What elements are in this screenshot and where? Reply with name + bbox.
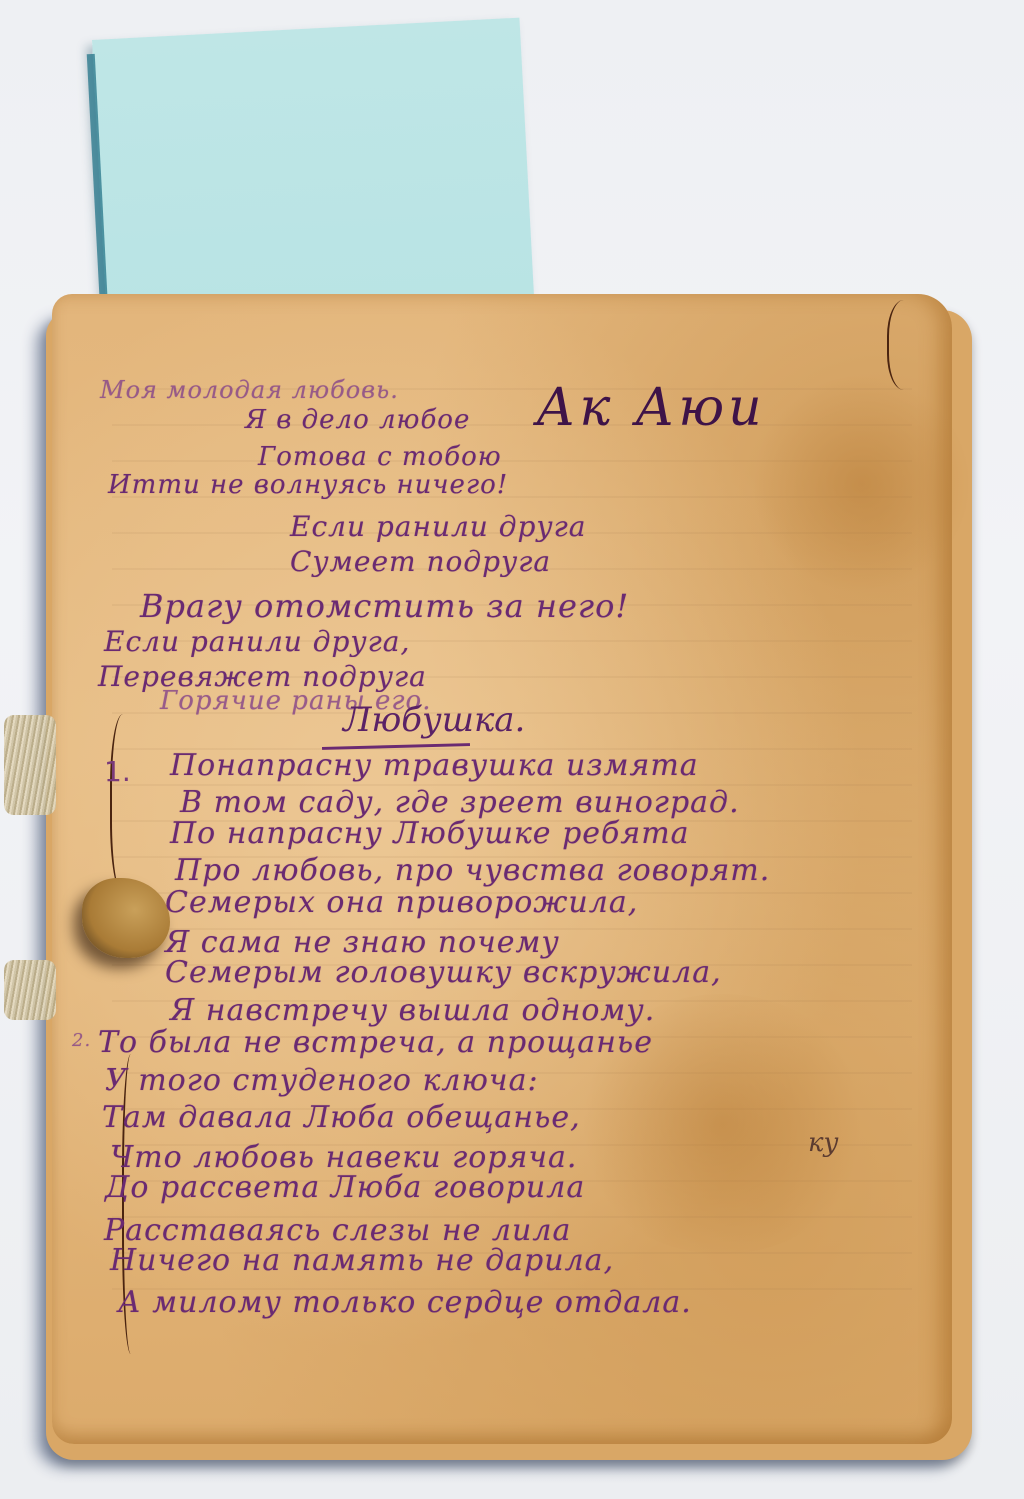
handwritten-text: Ак Аюи Моя молодая любовь. Я в дело любо…: [0, 0, 1024, 1499]
lyric-line: Про любовь, про чувства говорят.: [175, 853, 770, 888]
intro-line: Сумеет подруга: [290, 545, 551, 578]
margin-scribble: ку: [808, 1128, 839, 1158]
lyric-line: По напрасну Любушке ребята: [170, 816, 690, 851]
intro-line: Готова с тобою: [258, 442, 502, 472]
lyric-line: Я навстречу вышла одному.: [170, 993, 655, 1028]
lyric-line: До рассвета Люба говорила: [105, 1170, 585, 1205]
lyric-line: Там давала Люба обещанье,: [102, 1100, 581, 1135]
header-signature: Ак Аюи: [536, 378, 766, 438]
intro-line: Я в дело любое: [245, 405, 470, 435]
intro-line: Если ранили друга: [290, 510, 587, 543]
intro-line: Итти не волнуясь ничего!: [108, 470, 508, 500]
lyric-line: Понапрасну травушка измята: [170, 748, 699, 783]
intro-line: Моя молодая любовь.: [100, 376, 399, 404]
intro-line: Если ранили друга,: [104, 625, 410, 658]
song-title: Любушка.: [343, 700, 525, 740]
lyric-line: А милому только сердце отдала.: [118, 1285, 692, 1320]
lyric-line: У того студеного ключа:: [105, 1063, 539, 1098]
lyric-line: Ничего на память не дарила,: [110, 1243, 614, 1278]
stanza-number: 1.: [104, 755, 131, 788]
lyric-line: В том саду, где зреет виноград.: [180, 785, 740, 820]
lyric-line: Семерым головушку вскружила,: [165, 955, 722, 990]
intro-line: Врагу отомстить за него!: [140, 587, 629, 625]
lyric-line: То была не встреча, а прощанье: [98, 1025, 653, 1060]
lyric-line: Семерых она приворожила,: [165, 885, 638, 920]
stanza-number: 2.: [72, 1030, 91, 1051]
